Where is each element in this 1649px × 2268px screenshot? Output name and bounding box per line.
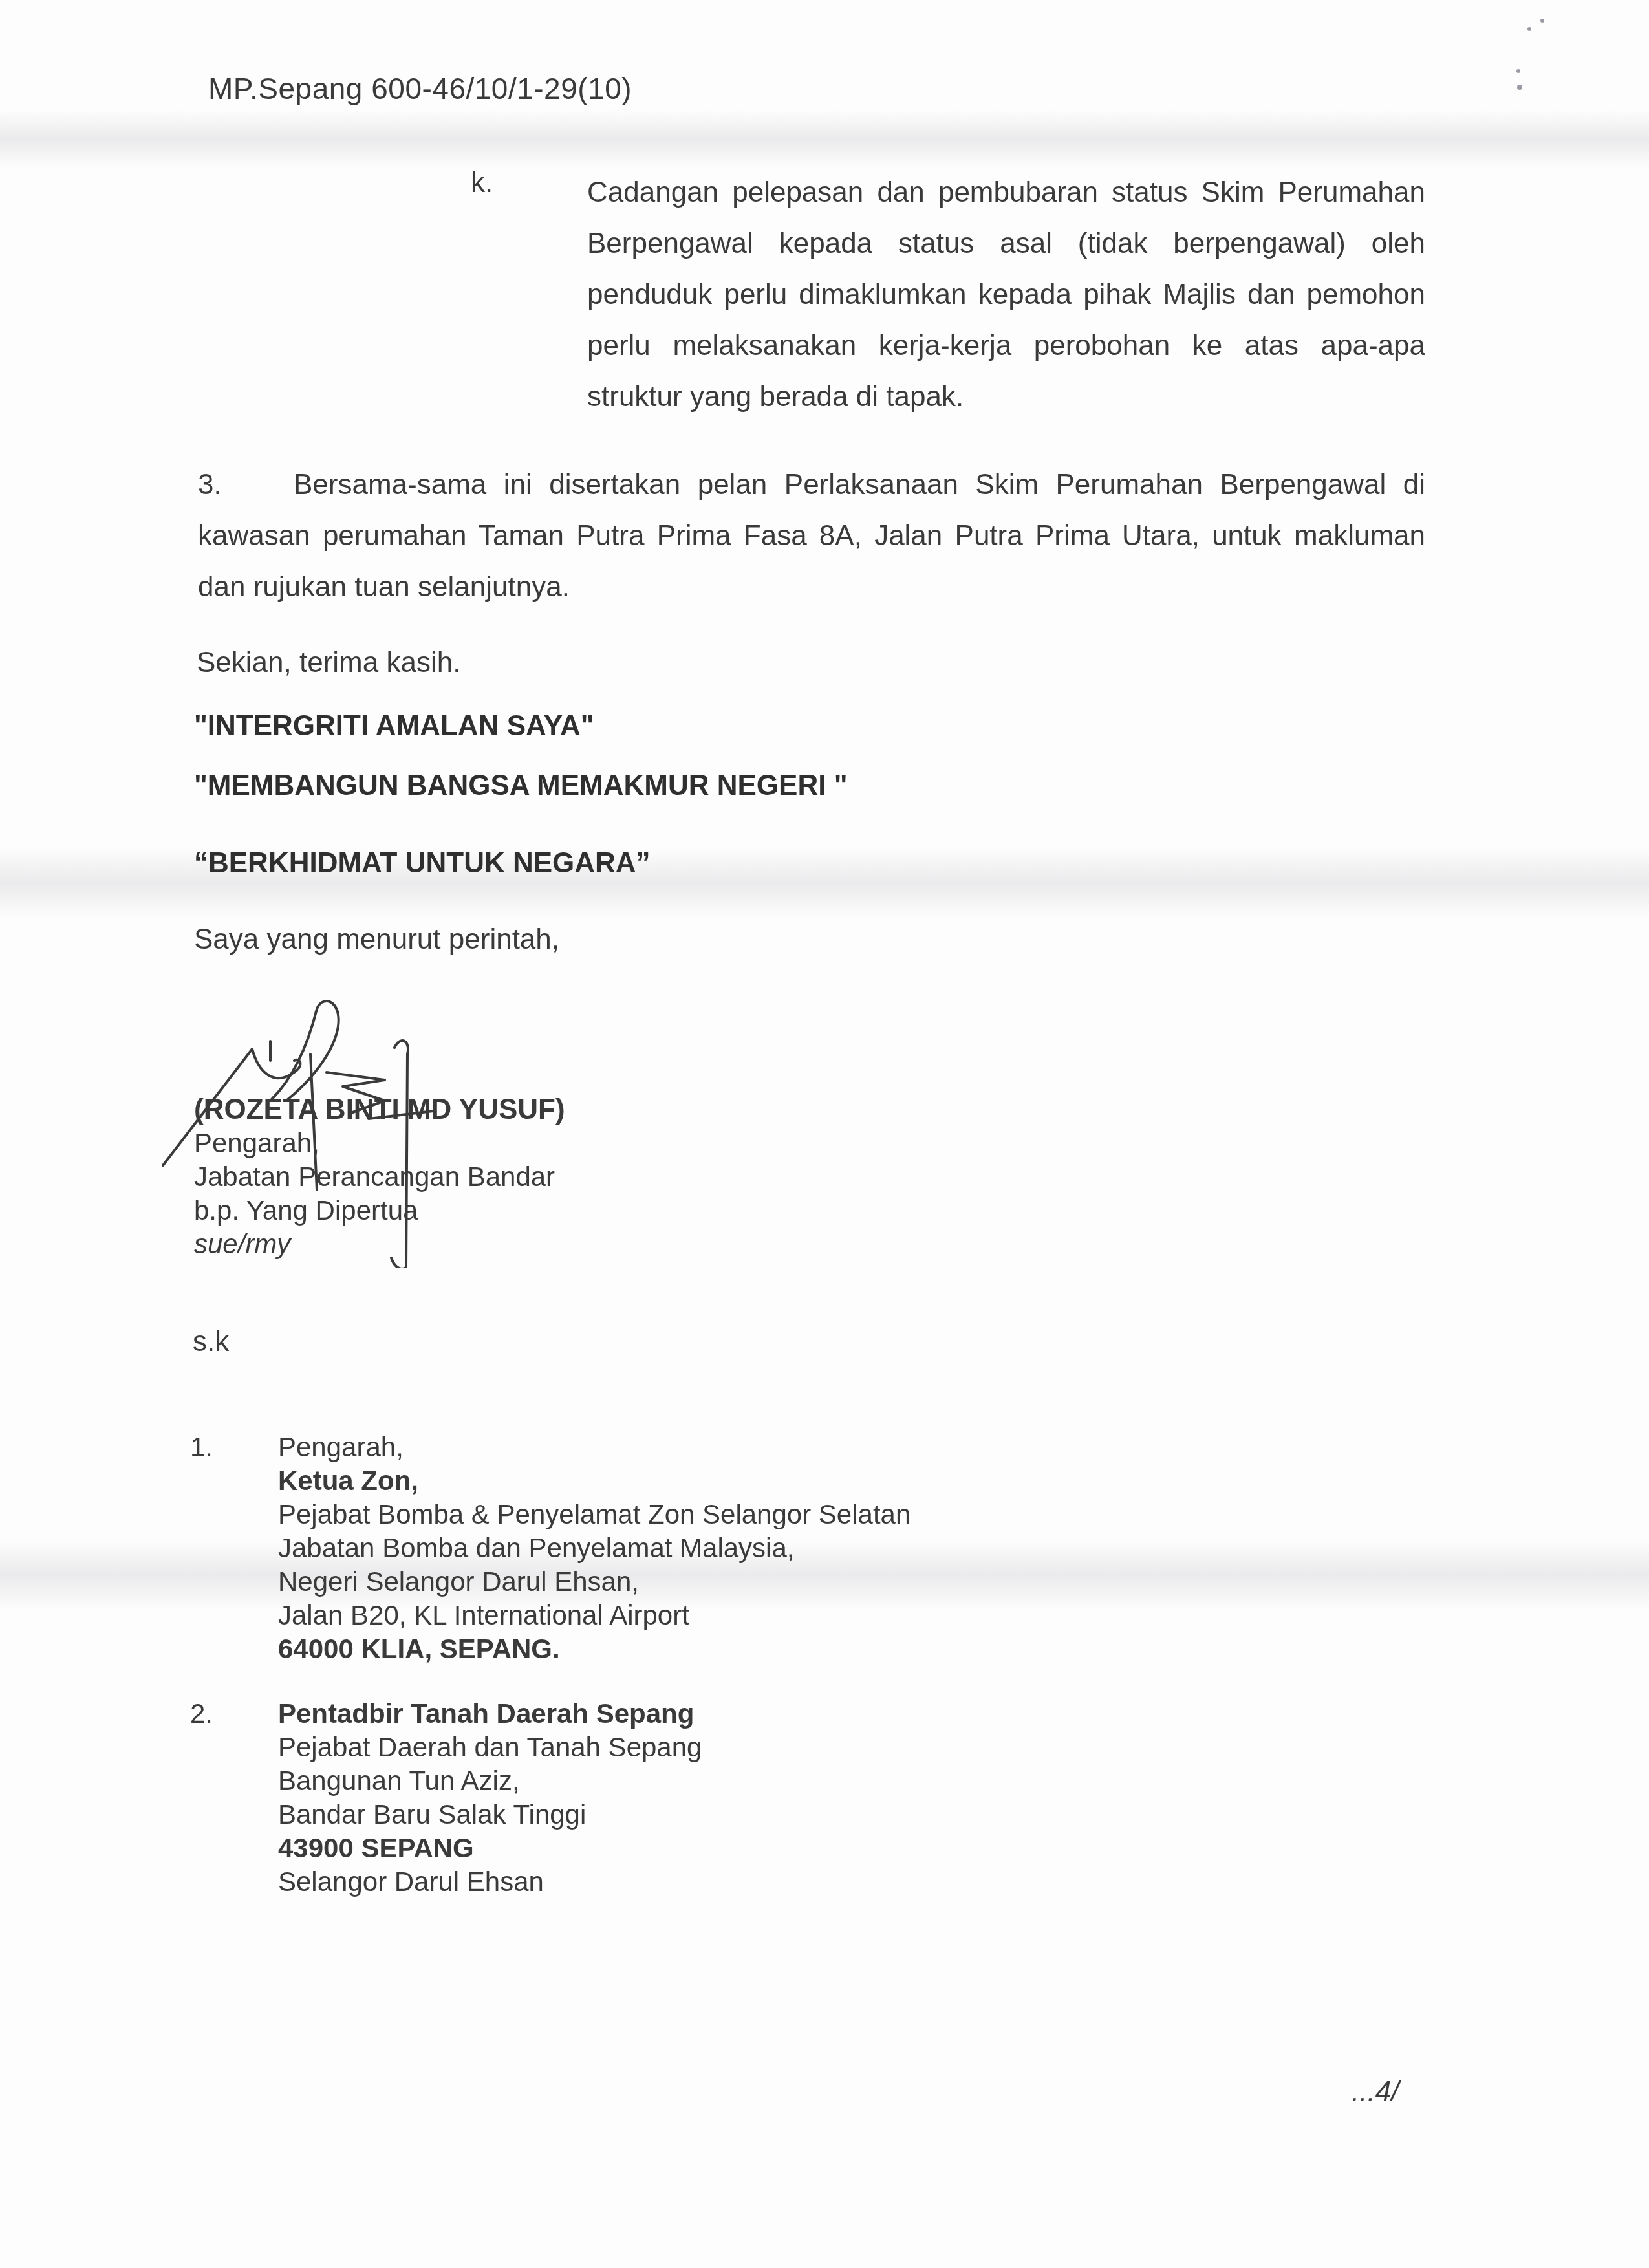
copy-to-label: s.k [193,1326,229,1358]
cc-number: 2. [190,1697,213,1731]
cc-address-line: 64000 KLIA, SEPANG. [278,1632,911,1666]
cc-address-line: Pentadbir Tanah Daerah Sepang [278,1697,702,1731]
cc-address-line: Jabatan Bomba dan Penyelamat Malaysia, [278,1531,911,1565]
paragraph-number: 3. [198,459,294,510]
scan-specks [1507,6,1565,91]
cc-address-line: Pejabat Daerah dan Tanah Sepang [278,1731,702,1764]
cc-address-line: Selangor Darul Ehsan [278,1865,702,1899]
cc-address-line: Negeri Selangor Darul Ehsan, [278,1565,911,1599]
cc-number: 1. [190,1431,213,1464]
paragraph-text: Bersama-sama ini disertakan pelan Perlak… [198,469,1425,603]
cc-address-line: Jalan B20, KL International Airport [278,1599,911,1632]
cc-address-line: Pengarah, [278,1431,911,1464]
motto-serve: “BERKHIDMAT UNTUK NEGARA” [194,847,651,880]
sign-off: Saya yang menurut perintah, [194,923,559,956]
item-k-text: Cadangan pelepasan dan pembubaran status… [587,167,1425,422]
item-k-label: k. [471,167,493,199]
cc-address-line: Pejabat Bomba & Penyelamat Zon Selangor … [278,1498,911,1531]
handwritten-signature [162,996,627,1268]
motto-nation: "MEMBANGUN BANGSA MEMAKMUR NEGERI " [194,770,848,802]
closing-line: Sekian, terima kasih. [197,647,460,679]
cc-address-line: 43900 SEPANG [278,1831,702,1865]
file-reference: MP.Sepang 600-46/10/1-29(10) [208,71,632,106]
cc-address-line: Ketua Zon, [278,1464,911,1498]
motto-integrity: "INTERGRITI AMALAN SAYA" [194,710,594,742]
continuation-marker: ...4/ [1352,2076,1399,2108]
scan-shadow [0,110,1649,168]
paragraph-3: 3.Bersama-sama ini disertakan pelan Perl… [198,459,1425,612]
cc-address: Pentadbir Tanah Daerah SepangPejabat Dae… [278,1697,702,1899]
cc-address-line: Bandar Baru Salak Tinggi [278,1798,702,1831]
cc-address: Pengarah,Ketua Zon,Pejabat Bomba & Penye… [278,1431,911,1666]
cc-address-line: Bangunan Tun Aziz, [278,1764,702,1798]
